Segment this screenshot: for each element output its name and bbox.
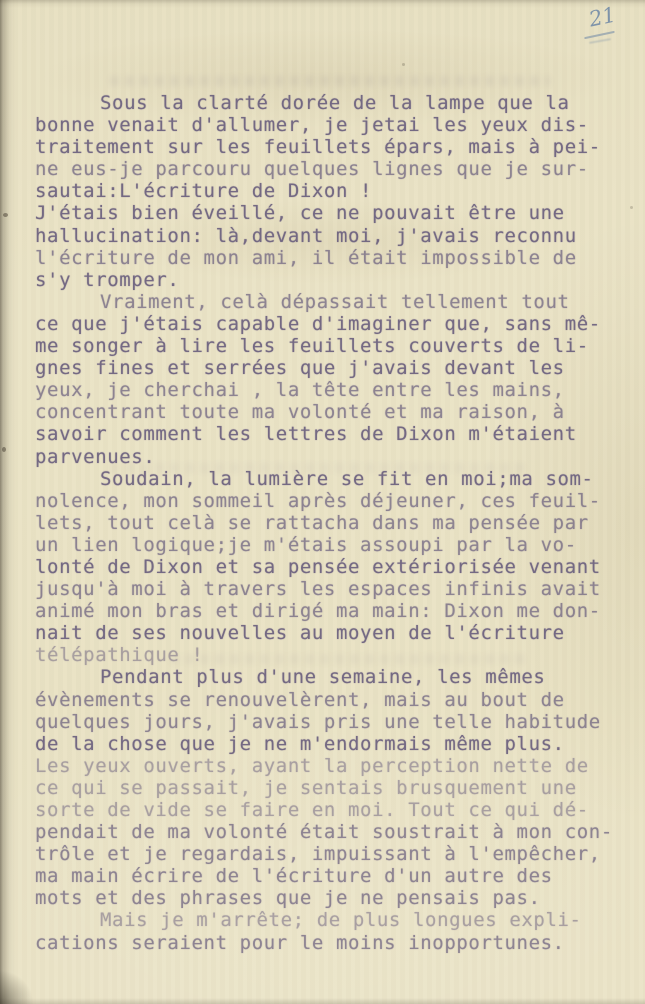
text-line: me songer à lire les feuillets couverts … — [35, 335, 635, 357]
text-line: ce qui se passait, je sentais brusquemen… — [35, 777, 635, 799]
page-edge-shadow-top — [0, 0, 645, 8]
text-line: télépathique ! — [35, 644, 635, 666]
text-line: animé mon bras et dirigé ma main: Dixon … — [35, 600, 635, 622]
text-line: s'y tromper. — [35, 269, 635, 291]
text-line: Vraiment, celà dépassait tellement tout — [35, 291, 635, 313]
paper-speck — [3, 213, 8, 217]
text-line: hallucination: là,devant moi, j'avais re… — [35, 225, 635, 247]
text-line: un lien logique;je m'étais assoupi par l… — [35, 534, 635, 556]
paper-speck — [2, 447, 6, 452]
text-line: pendait de ma volonté était soustrait à … — [35, 821, 635, 843]
text-line: sorte de vide se faire en moi. Tout ce q… — [35, 799, 635, 821]
text-line: jusqu'à moi à travers les espaces infini… — [35, 578, 635, 600]
text-line: évènements se renouvelèrent, mais au bou… — [35, 689, 635, 711]
text-line: trôle et je regardais, impuissant à l'em… — [35, 843, 635, 865]
text-line: parvenues. — [35, 446, 635, 468]
text-line: de la chose que je ne m'endormais même p… — [35, 733, 635, 755]
text-line: Les yeux ouverts, ayant la perception ne… — [35, 755, 635, 777]
document-page: 21 Sous la clarté dorée de la lampe que … — [0, 0, 645, 1004]
page-edge-shadow-bottom — [0, 998, 645, 1004]
text-line: quelques jours, j'avais pris une telle h… — [35, 711, 635, 733]
text-line: yeux, je cherchai , la tête entre les ma… — [35, 379, 635, 401]
text-line: Pendant plus d'une semaine, les mêmes — [35, 666, 635, 688]
handwritten-smudge — [589, 38, 611, 44]
page-corner-shadow — [0, 954, 70, 1004]
text-line: concentrant toute ma volonté et ma raiso… — [35, 401, 635, 423]
text-line: traitement sur les feuillets épars, mais… — [35, 136, 635, 158]
text-line: J'étais bien éveillé, ce ne pouvait être… — [35, 202, 635, 224]
text-line: savoir comment les lettres de Dixon m'ét… — [35, 423, 635, 445]
text-line: mots et des phrases que je ne pensais pa… — [35, 887, 635, 909]
text-line: ce que j'étais capable d'imaginer que, s… — [35, 313, 635, 335]
text-line: lets, tout celà se rattacha dans ma pens… — [35, 512, 635, 534]
text-line: bonne venait d'allumer, je jetai les yeu… — [35, 114, 635, 136]
typewritten-text: Sous la clarté dorée de la lampe que lab… — [35, 92, 635, 954]
text-line: Mais je m'arrête; de plus longues expli- — [35, 909, 635, 931]
paper-speck — [402, 63, 405, 66]
text-line: ma main écrire de l'écriture d'un autre … — [35, 865, 635, 887]
ink-bleedthrough — [110, 76, 550, 86]
text-line: sautai:L'écriture de Dixon ! — [35, 180, 635, 202]
text-line: l'écriture de mon ami, il était impossib… — [35, 247, 635, 269]
handwritten-page-number: 21 — [587, 2, 618, 31]
text-line: nolence, mon sommeil après déjeuner, ces… — [35, 490, 635, 512]
text-line: lonté de Dixon et sa pensée extériorisée… — [35, 556, 635, 578]
text-line: nait de ses nouvelles au moyen de l'écri… — [35, 622, 635, 644]
text-line: ne eus-je parcouru quelques lignes que j… — [35, 158, 635, 180]
page-edge-shadow-left — [0, 0, 16, 1004]
text-line: gnes fines et serrées que j'avais devant… — [35, 357, 635, 379]
text-line: Soudain, la lumière se fit en moi;ma som… — [35, 468, 635, 490]
text-line: cations seraient pour le moins inopportu… — [35, 932, 635, 954]
text-line: Sous la clarté dorée de la lampe que la — [35, 92, 635, 114]
